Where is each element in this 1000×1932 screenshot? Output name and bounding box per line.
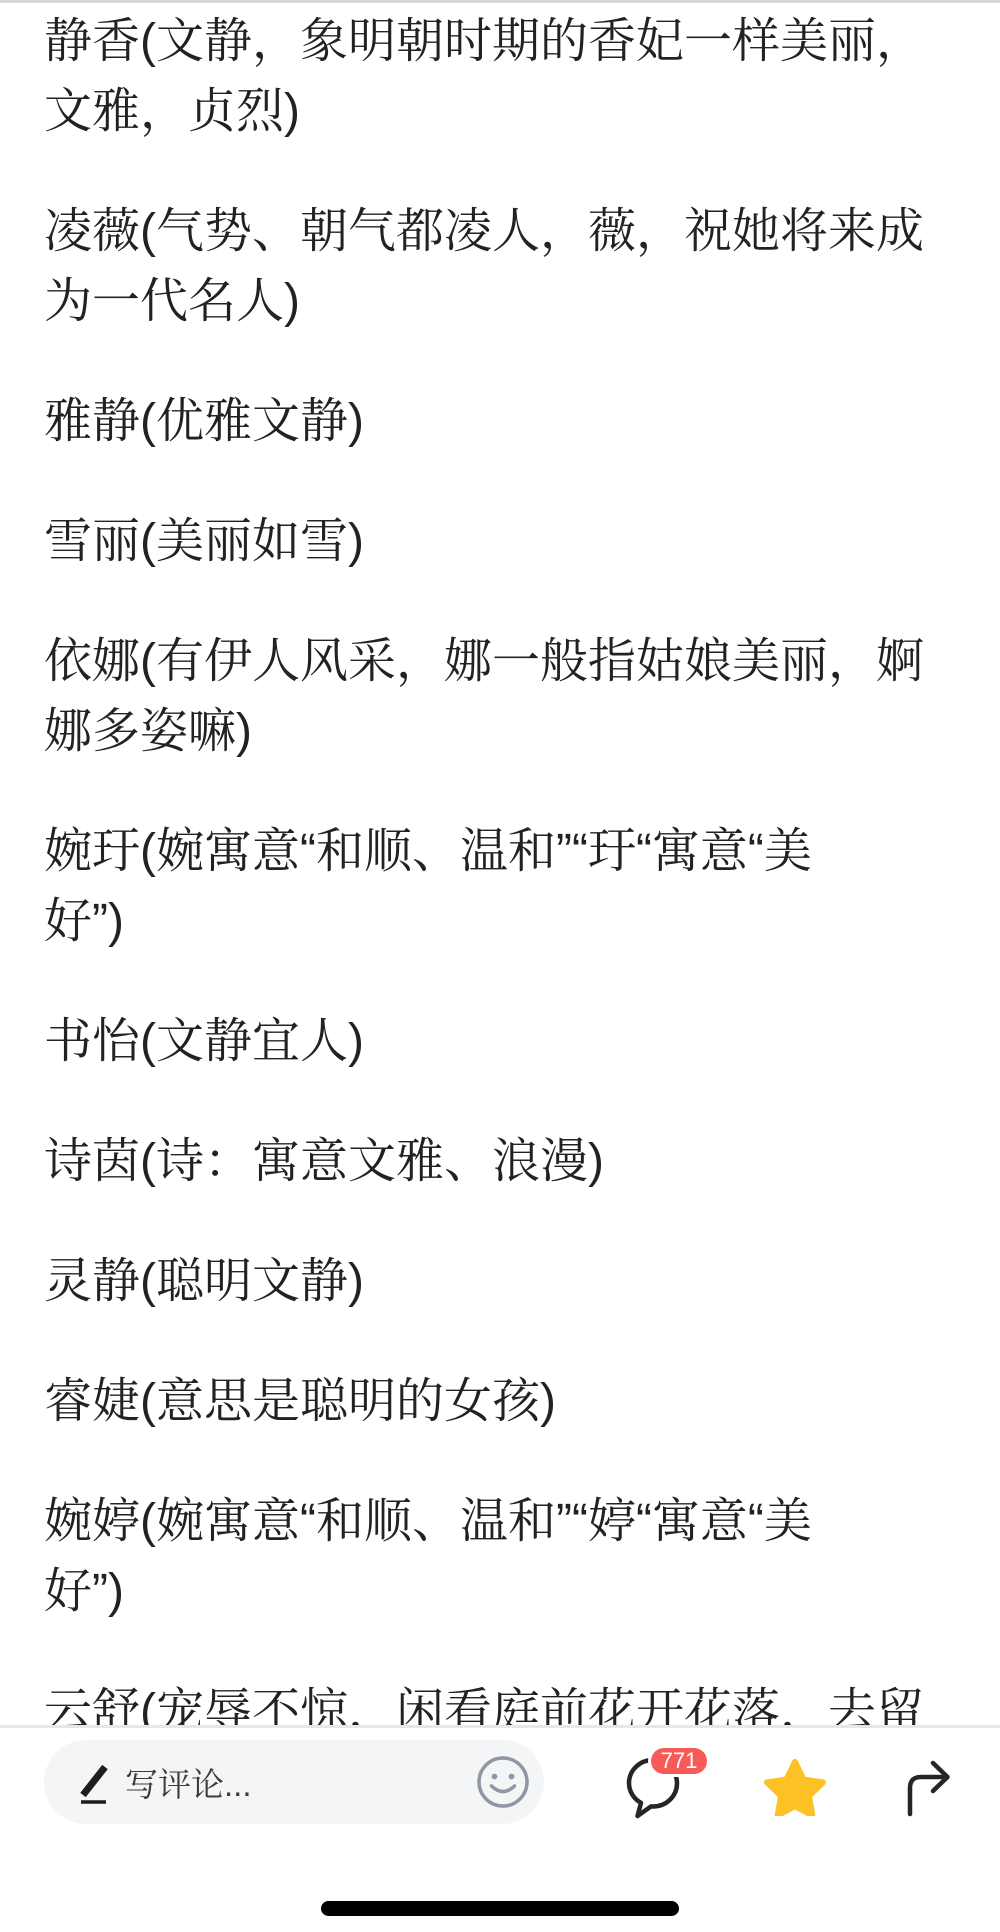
name-entry-paragraph: 婉玗(婉寓意“和顺、温和”“玗“寓意“美 好”) (44, 817, 956, 957)
comment-input[interactable]: 写评论... (44, 1740, 544, 1824)
name-entry-paragraph: 雅静(优雅文静) (44, 387, 956, 457)
name-entry-paragraph: 雪丽(美丽如雪) (44, 507, 956, 577)
favorite-button[interactable] (764, 1758, 826, 1816)
comment-toolbar: 写评论... 771 (0, 1725, 1000, 1932)
name-entry-paragraph: 云舒(宠辱不惊，闲看庭前花开花落，去留 (44, 1677, 956, 1725)
name-entry-paragraph: 灵静(聪明文静) (44, 1247, 956, 1317)
star-icon (764, 1758, 826, 1816)
comment-count-badge: 771 (651, 1748, 707, 1774)
comments-button[interactable]: 771 (623, 1752, 715, 1820)
name-entry-paragraph: 凌薇(气势、朝气都凌人，薇，祝她将来成 为一代名人) (44, 197, 956, 337)
name-entry-paragraph: 婉婷(婉寓意“和顺、温和”“婷“寓意“美 好”) (44, 1487, 956, 1627)
forward-arrow-icon (903, 1758, 957, 1818)
name-entry-paragraph: 书怡(文静宜人) (44, 1007, 956, 1077)
name-entry-paragraph: 睿婕(意思是聪明的女孩) (44, 1367, 956, 1437)
pencil-icon (76, 1760, 112, 1804)
name-entry-paragraph: 静香(文静，象明朝时期的香妃一样美丽， 文雅，贞烈) (44, 7, 956, 147)
home-indicator[interactable] (321, 1901, 679, 1916)
comment-placeholder: 写评论... (125, 1759, 252, 1806)
article-body: 静香(文静，象明朝时期的香妃一样美丽， 文雅，贞烈) 凌薇(气势、朝气都凌人，薇… (0, 3, 1000, 1725)
share-button[interactable] (903, 1758, 957, 1818)
name-entry-paragraph: 诗茵(诗：寓意文雅、浪漫) (44, 1127, 956, 1197)
name-entry-paragraph: 依娜(有伊人风采，娜一般指姑娘美丽，婀 娜多姿嘛) (44, 627, 956, 767)
smiley-face-icon[interactable] (476, 1755, 530, 1809)
